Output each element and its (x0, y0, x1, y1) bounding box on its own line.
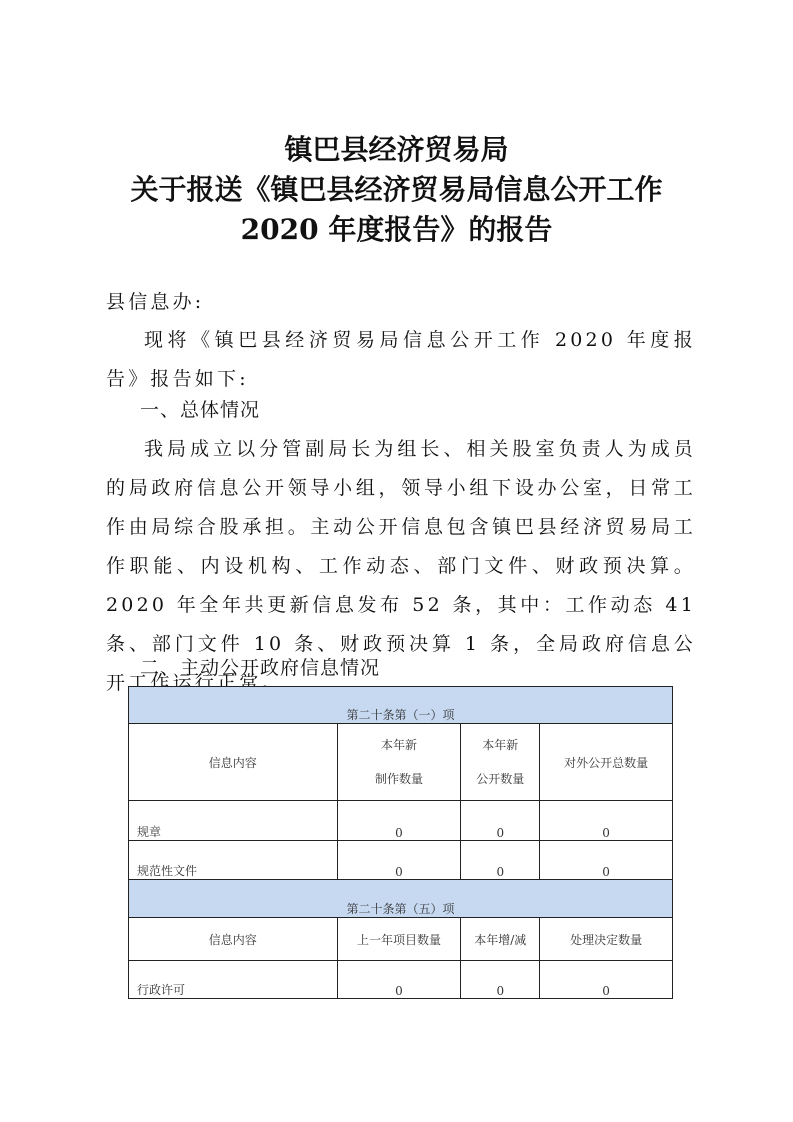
header-prev-year-count: 上一年项目数量 (337, 918, 461, 961)
intro-paragraph: 现将《镇巴县经济贸易局信息公开工作 2020 年度报告》报告如下: (106, 321, 696, 399)
section-heading-overview: 一、总体情况 (140, 395, 260, 422)
cell-value: 0 (337, 801, 461, 841)
cell-value: 0 (461, 961, 540, 999)
document-title-line-1: 镇巴县经济贸易局 (0, 130, 793, 170)
addressee: 县信息办: (106, 283, 696, 322)
header-line: 本年新 (469, 728, 531, 762)
cell-value: 0 (337, 841, 461, 880)
cell-value: 0 (337, 961, 461, 999)
header-line: 制作数量 (346, 762, 453, 796)
row-label: 规范性文件 (129, 841, 338, 880)
cell-value: 0 (540, 801, 673, 841)
row-label: 行政许可 (129, 961, 338, 999)
group-title-article-20-item-5: 第二十条第（五）项 (129, 880, 673, 918)
table-header-row: 信息内容 本年新 制作数量 本年新 公开数量 对外公开总数量 (129, 724, 673, 801)
document-title-line-3: 2020 年度报告》的报告 (0, 210, 793, 250)
header-total-published: 对外公开总数量 (540, 724, 673, 801)
header-decision-count: 处理决定数量 (540, 918, 673, 961)
cell-value: 0 (540, 841, 673, 880)
header-line: 本年新 (346, 728, 453, 762)
disclosure-table: 第二十条第（一）项 信息内容 本年新 制作数量 本年新 公开数量 对外公开总数量… (128, 686, 673, 999)
table-row: 规章 0 0 0 (129, 801, 673, 841)
document-title-line-2: 关于报送《镇巴县经济贸易局信息公开工作 (0, 170, 793, 210)
header-new-produced: 本年新 制作数量 (337, 724, 461, 801)
table-group-header-row: 第二十条第（五）项 (129, 880, 673, 918)
header-info-content: 信息内容 (129, 918, 338, 961)
row-label: 规章 (129, 801, 338, 841)
group-title-article-20-item-1: 第二十条第（一）项 (129, 687, 673, 724)
table-group-header-row: 第二十条第（一）项 (129, 687, 673, 724)
header-info-content: 信息内容 (129, 724, 338, 801)
cell-value: 0 (461, 841, 540, 880)
cell-value: 0 (540, 961, 673, 999)
header-new-published: 本年新 公开数量 (461, 724, 540, 801)
table-header-row: 信息内容 上一年项目数量 本年增/减 处理决定数量 (129, 918, 673, 961)
table-row: 规范性文件 0 0 0 (129, 841, 673, 880)
section-heading-proactive-disclosure: 二、主动公开政府信息情况 (140, 653, 380, 680)
table-row: 行政许可 0 0 0 (129, 961, 673, 999)
header-year-change: 本年增/减 (461, 918, 540, 961)
cell-value: 0 (461, 801, 540, 841)
header-line: 公开数量 (469, 762, 531, 796)
